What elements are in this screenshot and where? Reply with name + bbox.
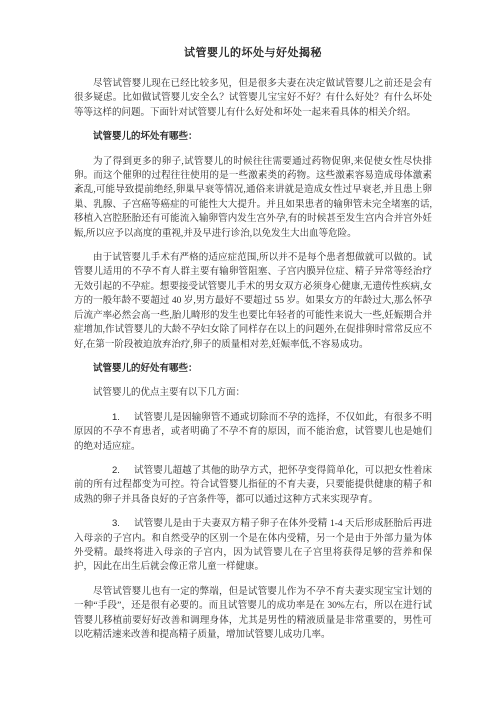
intro-paragraph: 尽管试管婴儿现在已经比较多见，但是很多夫妻在决定做试管婴儿之前还是会有很多疑虑。…: [74, 77, 432, 120]
list-item-text: 试管婴儿是因输卵管不通或切除而不孕的选择，不仅如此，有很多不明原因的不孕不育患者…: [74, 413, 432, 452]
document-page: 试管婴儿的坏处与好处揭秘 尽管试管婴儿现在已经比较多见，但是很多夫妻在决定做试管…: [0, 0, 500, 707]
list-item-number: 1.: [93, 411, 120, 425]
pros-list-item-3: 3.试管婴儿是由于夫妻双方精子卵子在体外受精 1-4 天后形成胚胎后再进入母亲的…: [74, 517, 432, 575]
list-item-number: 3.: [93, 517, 120, 531]
cons-paragraph-2: 由于试管婴儿手术有严格的适应症范围,所以并不是每个患者想做就可以做的。试管婴儿适…: [74, 251, 432, 352]
pros-list-item-2: 2.试管婴儿超越了其他的助孕方式，把怀孕变得简单化，可以把女性着床前的所有过程都…: [74, 464, 432, 507]
document-title: 试管婴儿的坏处与好处揭秘: [74, 46, 432, 60]
list-item-text: 试管婴儿是由于夫妻双方精子卵子在体外受精 1-4 天后形成胚胎后再进入母亲的子宫…: [74, 519, 432, 572]
pros-list-item-1: 1.试管婴儿是因输卵管不通或切除而不孕的选择，不仅如此，有很多不明原因的不孕不育…: [74, 411, 432, 454]
section-heading-pros: 试管婴儿的好处有哪些：: [74, 362, 432, 376]
closing-paragraph: 尽管试管婴儿也有一定的弊端，但是试管婴儿作为不孕不育夫妻实现宝宝计划的一种“手段…: [74, 585, 432, 643]
pros-lead-paragraph: 试管婴儿的优点主要有以下几方面：: [74, 386, 432, 400]
list-item-text: 试管婴儿超越了其他的助孕方式，把怀孕变得简单化，可以把女性着床前的所有过程都变为…: [74, 466, 432, 505]
list-item-number: 2.: [93, 464, 120, 478]
section-heading-cons: 试管婴儿的坏处有哪些：: [74, 130, 432, 144]
cons-paragraph-1: 为了得到更多的卵子,试管婴儿的时候往往需要通过药物促卵,来促使女性尽快排卵。而这…: [74, 155, 432, 241]
